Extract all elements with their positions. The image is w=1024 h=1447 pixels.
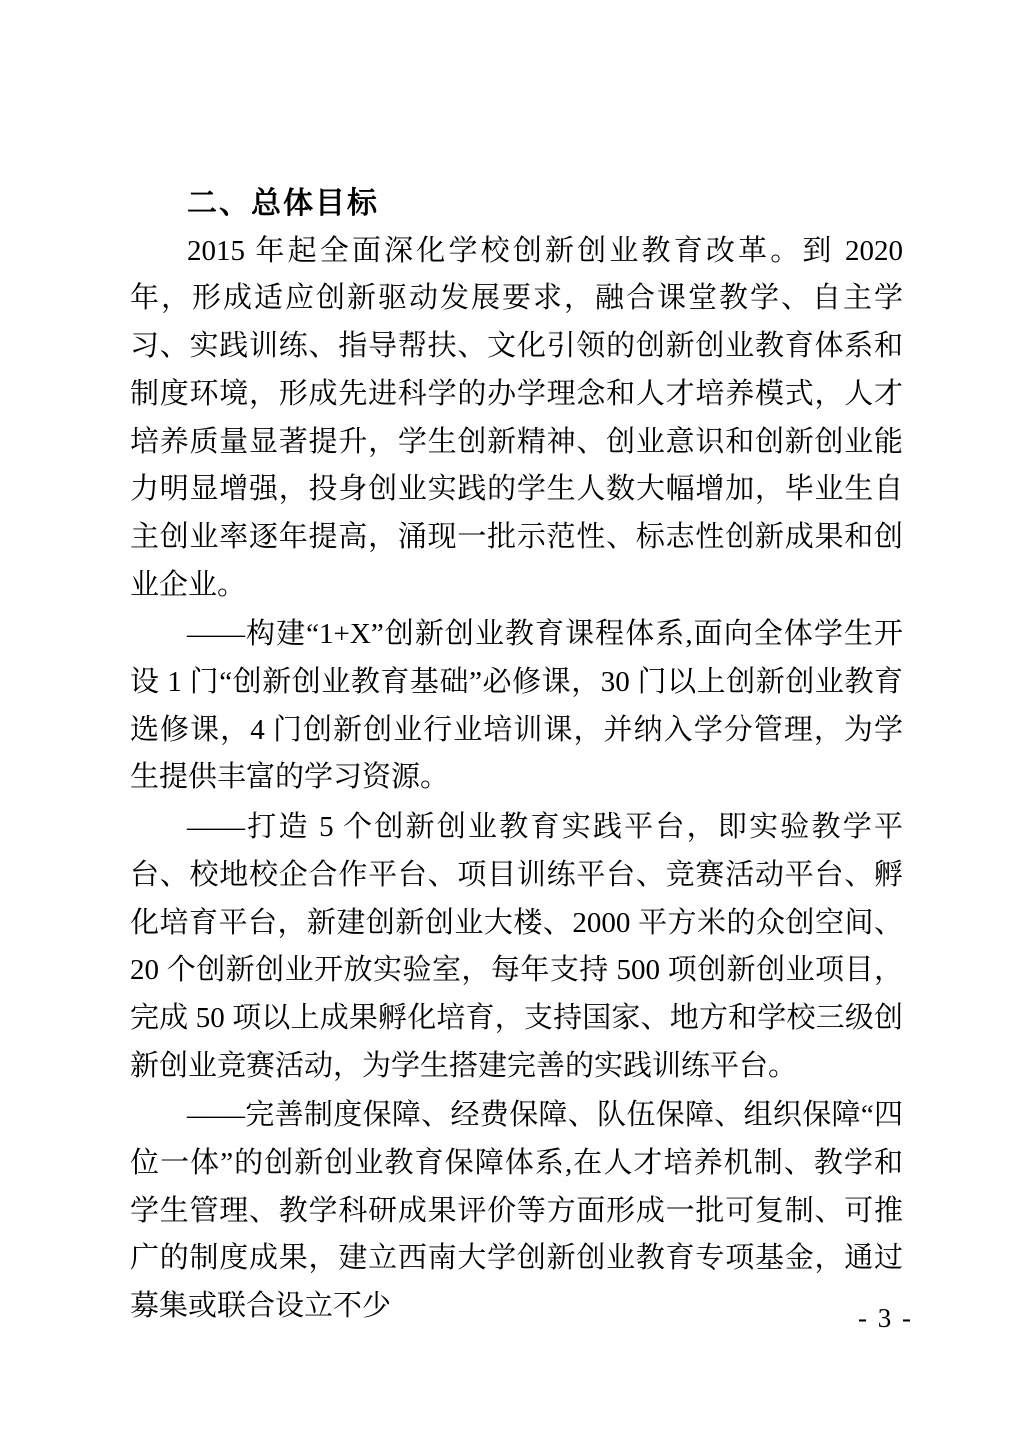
- paragraph: 2015 年起全面深化学校创新创业教育改革。到 2020 年，形成适应创新驱动发…: [130, 228, 903, 610]
- document-page: 二、总体目标 2015 年起全面深化学校创新创业教育改革。到 2020 年，形成…: [130, 180, 903, 1333]
- page-number: - 3 -: [858, 1300, 913, 1336]
- paragraph: ——打造 5 个创新创业教育实践平台，即实验教学平台、校地校企合作平台、项目训练…: [130, 804, 903, 1090]
- paragraph: ——构建“1+X”创新创业教育课程体系,面向全体学生开设 1 门“创新创业教育基…: [130, 611, 903, 802]
- paragraph: ——完善制度保障、经费保障、队伍保障、组织保障“四位一体”的创新创业教育保障体系…: [130, 1092, 903, 1331]
- section-heading: 二、总体目标: [130, 180, 903, 228]
